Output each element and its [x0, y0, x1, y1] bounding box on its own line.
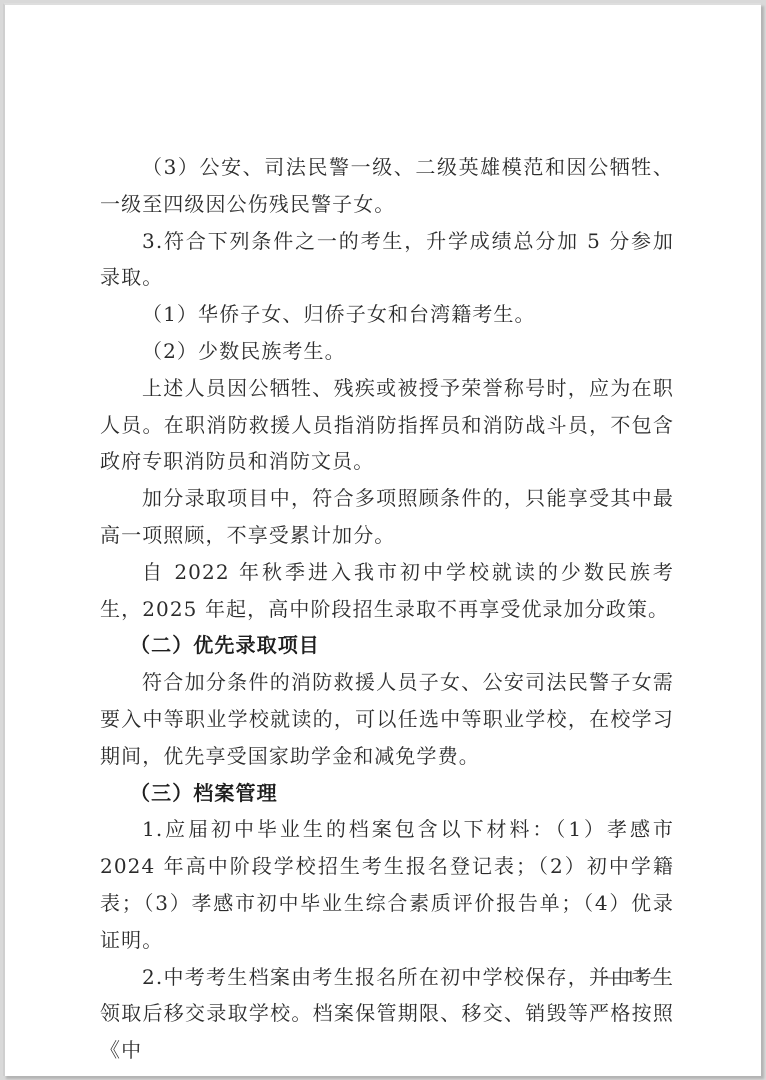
paragraph-file-custody: 2.中考考生档案由考生报名所在初中学校保存，并由考生领取后移交录取学校。档案保管… [100, 959, 674, 1069]
paragraph-ethnic-minority: （2）少数民族考生。 [100, 333, 674, 370]
section-heading-priority-admission: （二）优先录取项目 [100, 627, 674, 664]
paragraph-minority-policy-change: 自 2022 年秋季进入我市初中学校就读的少数民族考生，2025 年起，高中阶段… [100, 554, 674, 628]
paragraph-overseas-chinese: （1）华侨子女、归侨子女和台湾籍考生。 [100, 296, 674, 333]
document-body: （3）公安、司法民警一级、二级英雄模范和因公牺牲、一级至四级因公伤残民警子女。 … [100, 149, 674, 1069]
paragraph-active-duty-note: 上述人员因公牺牲、残疾或被授予荣誉称号时，应为在职人员。在职消防救援人员指消防指… [100, 370, 674, 480]
paragraph-file-materials: 1.应届初中毕业生的档案包含以下材料：（1）孝感市 2024 年高中阶段学校招生… [100, 811, 674, 958]
paragraph-vocational-priority: 符合加分条件的消防救援人员子女、公安司法民警子女需要入中等职业学校就读的，可以任… [100, 664, 674, 774]
paragraph-bonus-5-points: 3.符合下列条件之一的考生，升学成绩总分加 5 分参加录取。 [100, 223, 674, 297]
document-page: （3）公安、司法民警一级、二级英雄模范和因公牺牲、一级至四级因公伤残民警子女。 … [3, 3, 761, 1076]
section-heading-file-management: （三）档案管理 [100, 775, 674, 812]
paragraph-no-cumulative-bonus: 加分录取项目中，符合多项照顾条件的，只能享受其中最高一项照顾，不享受累计加分。 [100, 480, 674, 554]
page-number: — 13 — [603, 967, 669, 987]
paragraph-police-children: （3）公安、司法民警一级、二级英雄模范和因公牺牲、一级至四级因公伤残民警子女。 [100, 149, 674, 223]
